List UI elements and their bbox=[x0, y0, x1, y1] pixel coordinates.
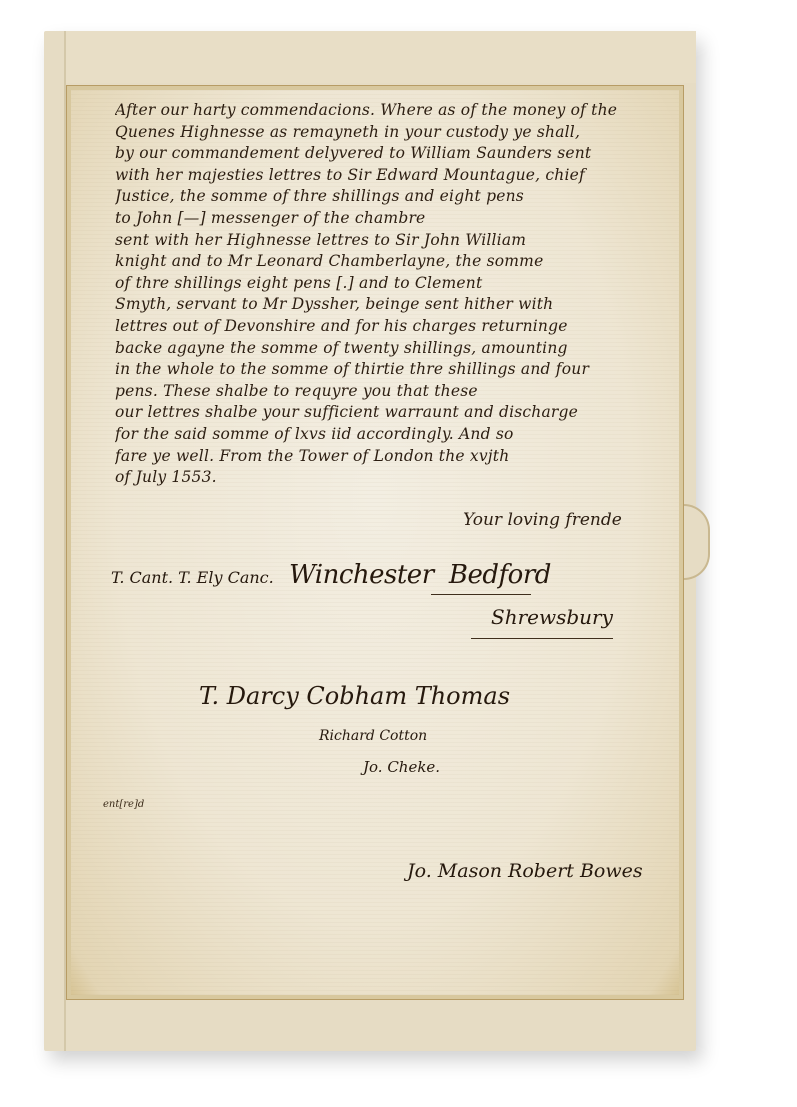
mat-top-band bbox=[66, 31, 696, 83]
mat-tab-notch bbox=[684, 504, 710, 580]
body-line: for the said somme of lxvs iid according… bbox=[115, 424, 675, 446]
signature-row-2: T. Darcy Cobham Thomas bbox=[199, 682, 510, 710]
body-line: fare ye well. From the Tower of London t… bbox=[115, 446, 675, 468]
body-line: our lettres shalbe your sufficient warra… bbox=[115, 402, 675, 424]
body-line: Quenes Highnesse as remayneth in your cu… bbox=[115, 122, 675, 144]
signature-winchester: Winchester bbox=[289, 560, 434, 590]
signature-cheke: Jo. Cheke. bbox=[363, 758, 440, 776]
closing-salutation: Your loving frende bbox=[463, 510, 622, 530]
body-line: Smyth, servant to Mr Dyssher, beinge sen… bbox=[115, 294, 675, 316]
body-line: of thre shillings eight pens [.] and to … bbox=[115, 273, 675, 295]
body-line: with her majesties lettres to Sir Edward… bbox=[115, 165, 675, 187]
body-line: knight and to Mr Leonard Chamberlayne, t… bbox=[115, 251, 675, 273]
signature-richard-cotton: Richard Cotton bbox=[319, 728, 427, 744]
body-line: lettres out of Devonshire and for his ch… bbox=[115, 316, 675, 338]
body-line: pens. These shalbe to requyre you that t… bbox=[115, 381, 675, 403]
letter-body: After our harty commendacions. Where as … bbox=[115, 100, 675, 489]
signature-row-1: T. Cant. T. Ely Canc. Winchester Bedford bbox=[111, 560, 551, 590]
marginal-note: ent[re]d bbox=[103, 799, 144, 810]
body-line: After our harty commendacions. Where as … bbox=[115, 100, 675, 122]
body-line: of July 1553. bbox=[115, 467, 675, 489]
body-line: sent with her Highnesse lettres to Sir J… bbox=[115, 230, 675, 252]
signature-cant-ely: T. Cant. T. Ely Canc. bbox=[111, 568, 274, 587]
body-line: backe agayne the somme of twenty shillin… bbox=[115, 338, 675, 360]
body-line: in the whole to the somme of thirtie thr… bbox=[115, 359, 675, 381]
signature-shrewsbury: Shrewsbury bbox=[491, 605, 613, 629]
body-line: by our commandement delyvered to William… bbox=[115, 143, 675, 165]
manuscript-sheet: After our harty commendacions. Where as … bbox=[71, 90, 679, 995]
signature-bedford: Bedford bbox=[449, 560, 551, 590]
body-line: Justice, the somme of thre shillings and… bbox=[115, 186, 675, 208]
signature-underline bbox=[471, 638, 613, 639]
signature-underline bbox=[431, 594, 531, 595]
body-line: to John [—] messenger of the chambre bbox=[115, 208, 675, 230]
signature-mason-bowes: Jo. Mason Robert Bowes bbox=[407, 860, 643, 882]
